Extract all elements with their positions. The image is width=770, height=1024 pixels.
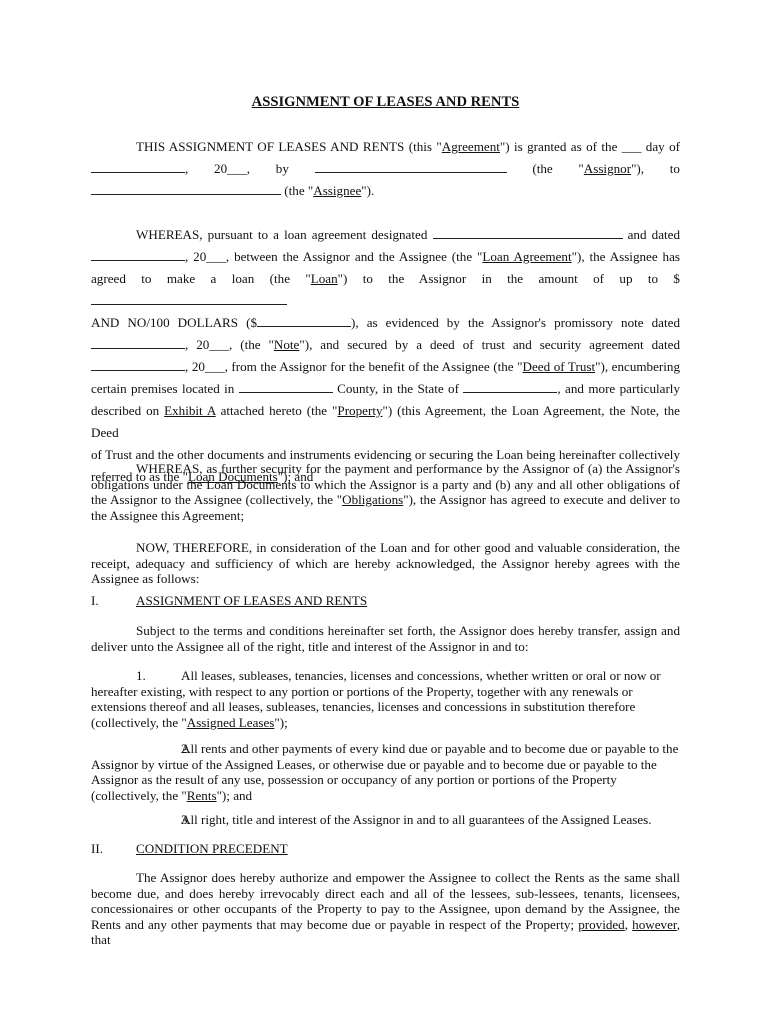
defined-term-loan: Loan <box>311 271 338 286</box>
however-term: however <box>632 917 677 932</box>
deed-date-blank <box>91 358 185 371</box>
section-1-heading: I.ASSIGNMENT OF LEASES AND RENTS <box>91 593 367 609</box>
defined-term-deed-of-trust: Deed of Trust <box>523 359 596 374</box>
whereas-obligations-paragraph: WHEREAS, as further security for the pay… <box>91 461 680 523</box>
provided-term: provided <box>578 917 625 932</box>
defined-term-loan-agreement: Loan Agreement <box>482 249 571 264</box>
defined-term-agreement: Agreement <box>442 139 500 154</box>
section-2-paragraph: The Assignor does hereby authorize and e… <box>91 870 680 948</box>
loan-amount-words-blank <box>91 292 287 305</box>
whereas-loan-paragraph: WHEREAS, pursuant to a loan agreement de… <box>91 224 680 488</box>
section-1-intro: Subject to the terms and conditions here… <box>91 623 680 654</box>
date-blank <box>91 160 185 173</box>
assignee-name-blank <box>91 182 281 195</box>
defined-term-obligations: Obligations <box>342 492 403 507</box>
defined-term-assignor: Assignor <box>584 161 631 176</box>
section-2-heading: II.CONDITION PRECEDENT <box>91 841 288 857</box>
defined-term-rents: Rents <box>187 788 217 803</box>
document-title: ASSIGNMENT OF LEASES AND RENTS <box>91 94 680 111</box>
defined-term-property: Property <box>337 403 382 418</box>
exhibit-a-reference: Exhibit A <box>164 403 216 418</box>
defined-term-assignee: Assignee <box>313 183 361 198</box>
assignor-name-blank <box>315 160 507 173</box>
county-blank <box>239 380 333 393</box>
defined-term-assigned-leases: Assigned Leases <box>187 715 275 730</box>
section-1-item-3: 3.All right, title and interest of the A… <box>91 812 680 828</box>
state-blank <box>463 380 557 393</box>
loan-designation-blank <box>433 226 623 239</box>
loan-amount-blank <box>257 314 351 327</box>
intro-paragraph: THIS ASSIGNMENT OF LEASES AND RENTS (thi… <box>91 136 680 202</box>
loan-date-blank <box>91 248 185 261</box>
now-therefore-paragraph: NOW, THEREFORE, in consideration of the … <box>91 540 680 587</box>
section-1-item-2: 2.All rents and other payments of every … <box>91 741 680 803</box>
defined-term-note: Note <box>274 337 299 352</box>
note-date-blank <box>91 336 185 349</box>
section-1-item-1: 1.All leases, subleases, tenancies, lice… <box>91 668 680 730</box>
